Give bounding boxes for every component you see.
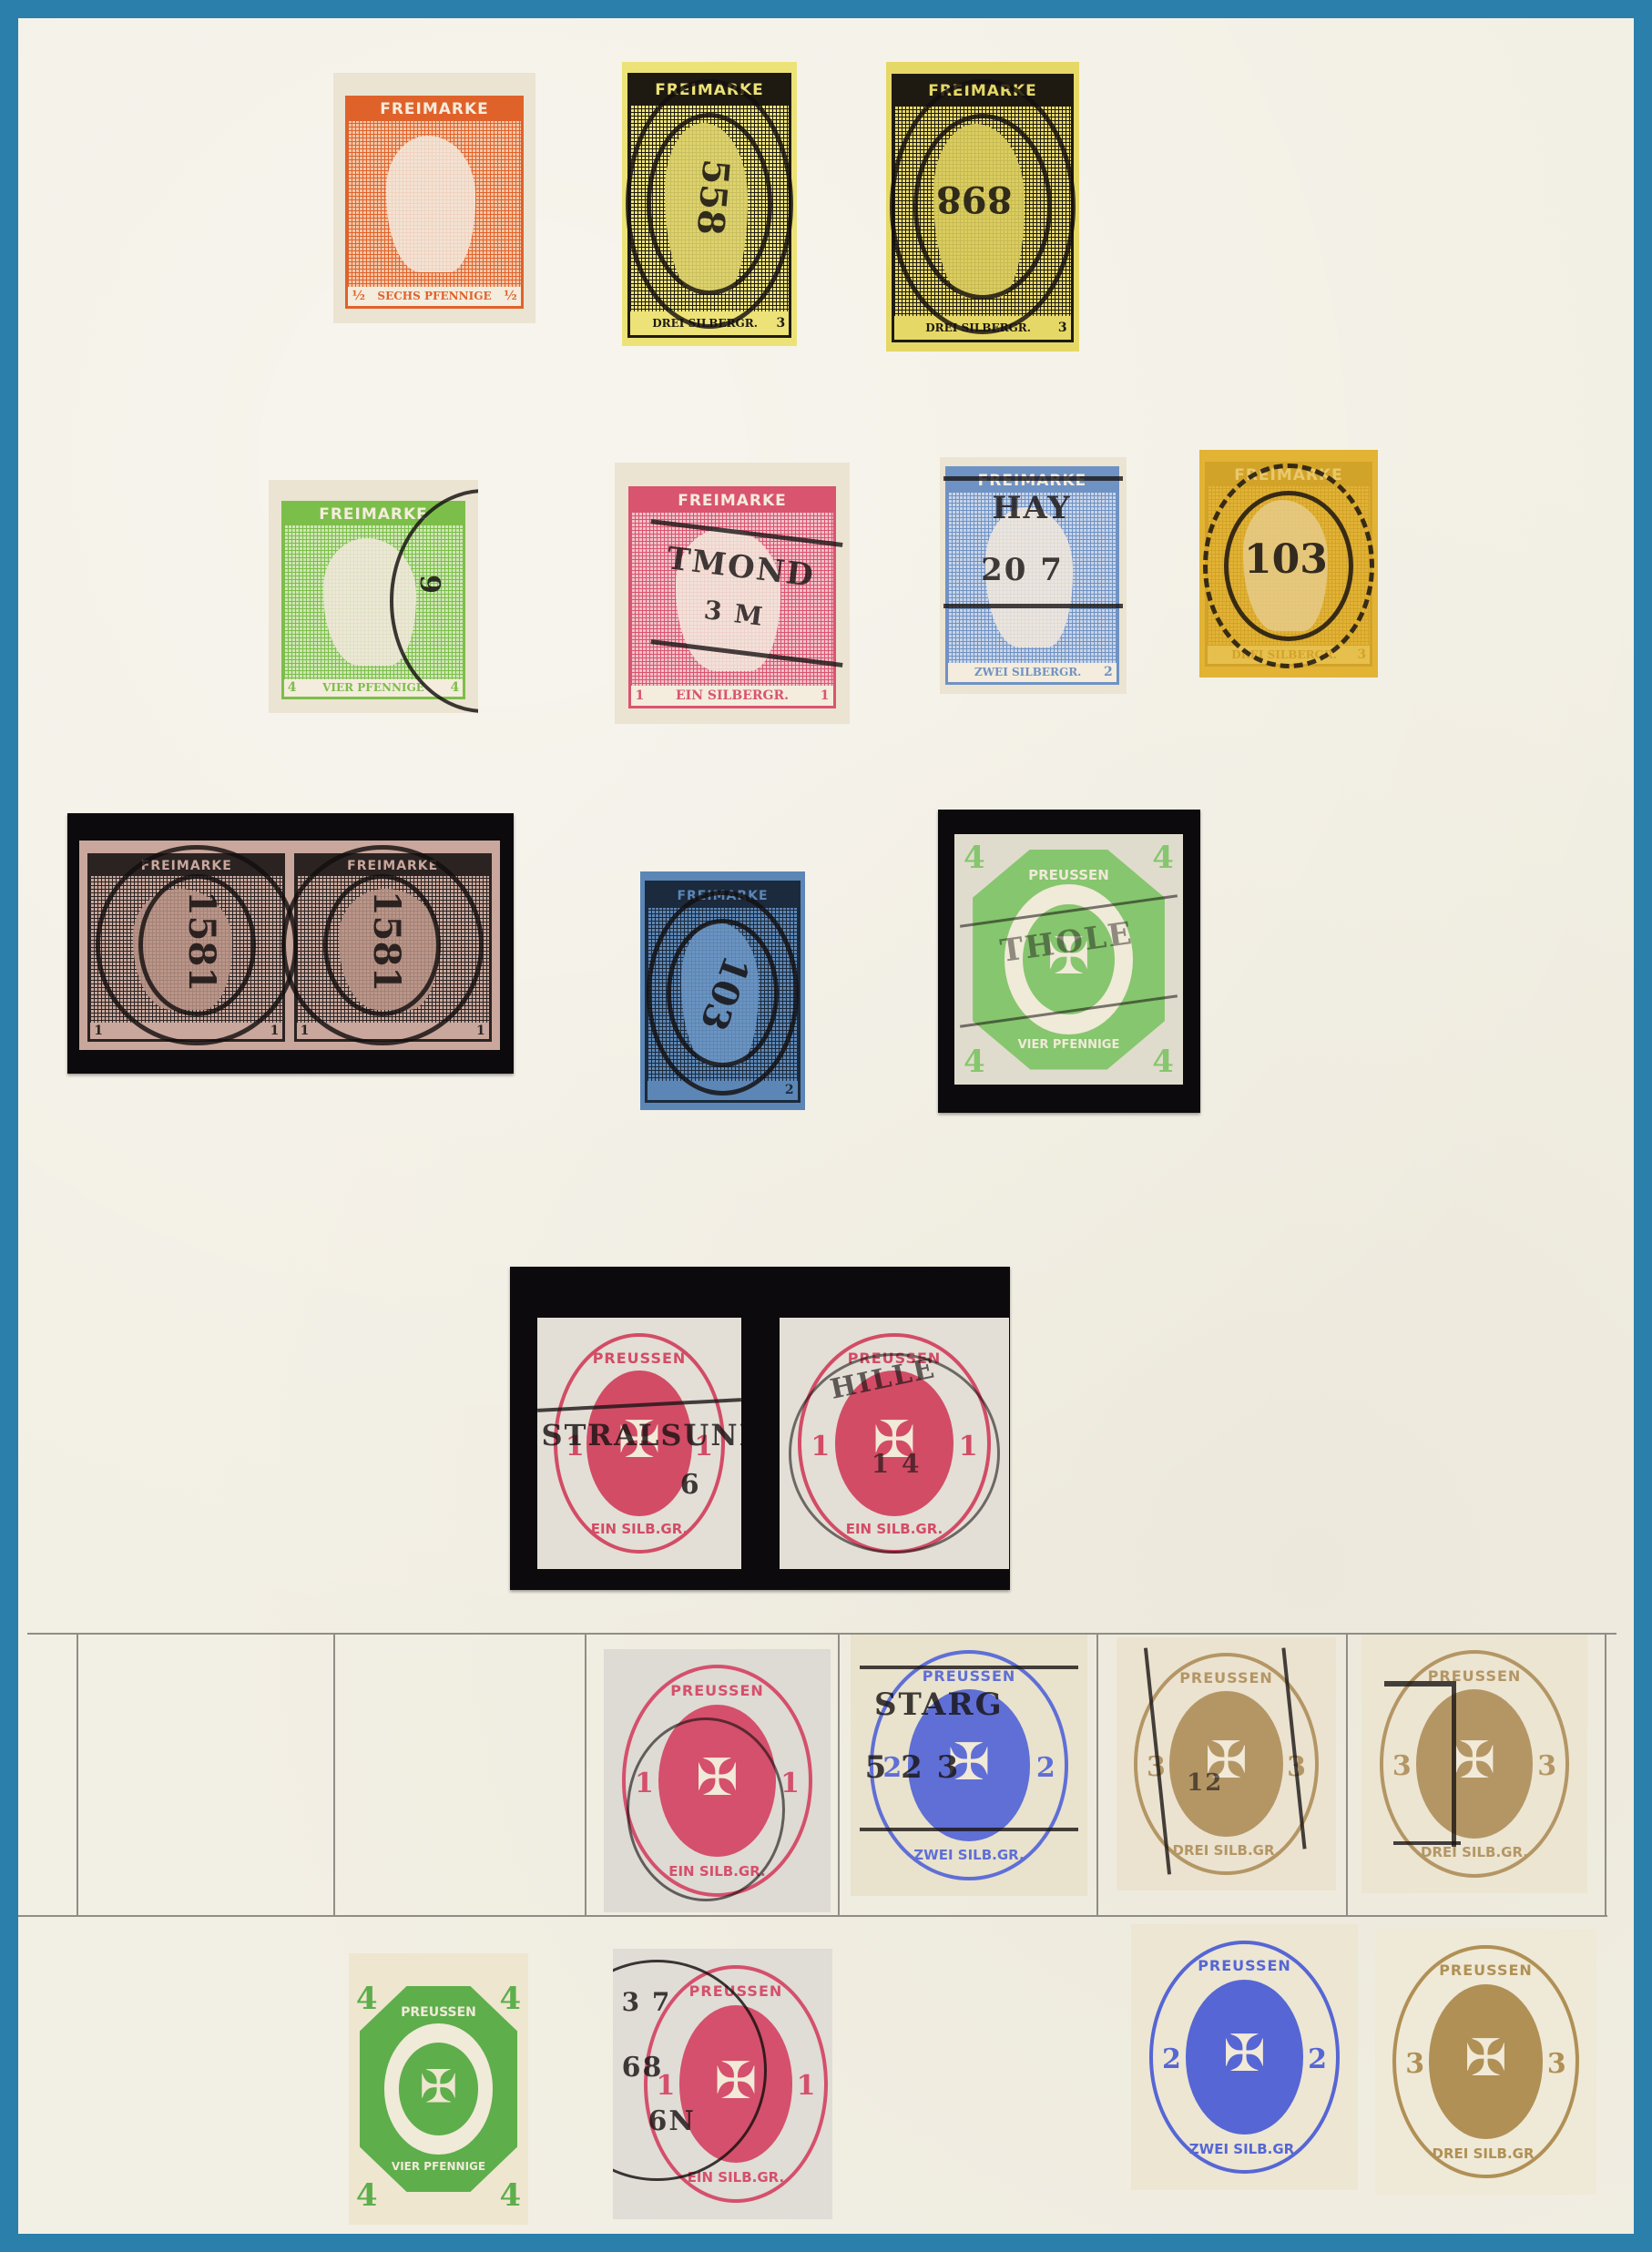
oval-frame: ✠ PREUSSEN 1 1 EIN SILB.GR. [798,1333,991,1554]
stamp-header: FREIMARKE [928,82,1037,100]
stamp-frame: FREIMARKE DREI SILBERGR. 3 [892,74,1073,343]
stamp-header: FREIMARKE [1234,466,1343,484]
stamp-header: PREUSSEN [648,1982,824,2000]
value-right: 1 [694,1431,713,1462]
oval-frame: ✠ PREUSSEN 2 2 ZWEI SILB.GR. [870,1650,1068,1880]
value-text: EIN SILB.GR. [557,1521,721,1537]
value-right: 1 [959,1431,978,1462]
stamp-header: FREIMARKE [978,472,1087,490]
grid-line [1346,1635,1348,1917]
stamp-frame: FREIMARKE 1 EIN SILBERGR. 1 [628,486,835,708]
value-right: 2 [785,1083,794,1097]
stamp-1-sgr-oval-left[interactable]: ✠ PREUSSEN 1 1 EIN SILB.GR. STRALSUND 6 [537,1318,741,1569]
value-right: 2 [1104,665,1113,679]
grid-line [838,1635,840,1917]
eagle-icon: ✠ [873,1415,916,1466]
value-left: 3 [1392,1750,1412,1782]
stamp-frame: FREIMARKE DREI SILBERGR. 3 [1205,462,1372,667]
grid-line [585,1635,586,1917]
grid-line [333,1635,335,1917]
value-left: 1 [635,1768,654,1799]
stamp-frame-right: FREIMARKE 1 1 [294,853,492,1042]
value-text: EIN SILB.GR. [626,1863,809,1880]
value-text: DREI SILBERGR. [1231,648,1337,661]
stamp-1-sgr-pair[interactable]: FREIMARKE 1 1 FREIMARKE 1 1 1581 1581 [79,841,500,1050]
portrait-icon [681,922,759,1065]
value-text: ZWEI SILBERGR. [974,666,1082,678]
portrait-icon [1243,500,1328,632]
eagle-icon: ✠ [1223,2029,1266,2080]
stamp-3-sgr-oval-brown[interactable]: ✠ PREUSSEN 3 3 DREI SILB.GR. 12 [1117,1637,1336,1890]
stamp-1-sgr-oval-right[interactable]: ✠ PREUSSEN 1 1 EIN SILB.GR. HILLE 1 4 [780,1318,1009,1569]
stamp-frame-left: FREIMARKE 1 1 [87,853,285,1042]
stamp-3-sgr-yellow[interactable]: FREIMARKE DREI SILBERGR. 3 558 [622,62,797,346]
grid-line-bottom [18,1915,1607,1917]
value-text: VIER PFENNIGE [322,681,424,694]
portrait-icon [676,528,780,671]
value-left: 1 [94,1024,103,1038]
eagle-icon: ✠ [1205,1736,1248,1787]
portrait-icon [323,538,416,666]
portrait-icon [386,136,475,272]
stamp-4-pf-green[interactable]: FREIMARKE 4 VIER PFENNIGE 4 9 [269,480,478,713]
value-right: 3 [1357,647,1366,662]
value-right: ½ [504,289,517,303]
value-right: 3 [1287,1751,1306,1783]
stamp-frame: FREIMARKE ½ SECHS PFENNIGE ½ [345,96,523,309]
stamp-header: FREIMARKE [677,889,768,903]
stamp-frame: FREIMARKE DREI SILBERGR. 3 [627,73,792,337]
value-left: 3 [1405,2048,1424,2080]
value-right: 3 [1058,321,1067,335]
value-left: 2 [882,1752,902,1784]
stamp-frame: FREIMARKE 4 VIER PFENNIGE 4 [281,501,465,699]
value-text: ZWEI SILB.GR. [873,1847,1065,1863]
stamp-2-sgr-blue[interactable]: FREIMARKE ZWEI SILBERGR. 2 HAY 20 7 [940,457,1127,694]
portrait-icon [339,889,439,1010]
value-right: 1 [476,1024,485,1038]
stamp-half-sgr-orange[interactable]: FREIMARKE ½ SECHS PFENNIGE ½ [333,73,535,323]
value-right: 3 [1547,2048,1566,2080]
stamp-header: PREUSSEN [626,1682,809,1699]
stamp-3-sgr-orange-yellow[interactable]: FREIMARKE DREI SILBERGR. 3 103 [1199,450,1378,678]
stamp-header: FREIMARKE [678,492,787,510]
value-right: 1 [797,2070,816,2102]
stamp-2-sgr-oval-blue[interactable]: ✠ PREUSSEN 2 2 ZWEI SILB.GR. STARG 5 2 3 [851,1635,1087,1896]
stamp-frame: FREIMARKE 2 [645,881,800,1103]
eagle-icon: ✠ [420,2064,458,2110]
value-text: DREI SILBERGR. [652,317,758,330]
eagle-icon: ✠ [1464,2033,1507,2084]
stamp-4-pf-green-octagon[interactable]: 4 4 4 4 PREUSSEN VIER PFENNIGE ✠ THOLE [954,834,1183,1085]
stamp-header: PREUSSEN [801,1350,987,1367]
oval-frame: ✠ PREUSSEN 3 3 DREI SILB.GR. [1380,1650,1569,1878]
value-right: 3 [776,316,785,331]
stamp-header: FREIMARKE [141,859,232,873]
value-right: 1 [270,1024,280,1038]
stamp-header: PREUSSEN [557,1350,721,1367]
value-text: DREI SILB.GR. [1137,1842,1314,1859]
value-right: 1 [821,688,830,703]
stamp-2-sgr-oval-blue-unused[interactable]: ✠ PREUSSEN 2 2 ZWEI SILB.GR. [1131,1924,1358,2190]
value-text: EIN SILB.GR. [648,2169,824,2186]
stamp-4-pf-octagon-green[interactable]: 4 4 4 4 PREUSSEN VIER PFENNIGE ✠ [349,1953,528,2225]
value-text: DREI SILBERGR. [925,321,1031,334]
eagle-icon: ✠ [948,1737,991,1788]
value-right: 1 [780,1768,800,1799]
stamp-header: FREIMARKE [319,505,428,524]
stamp-header: PREUSSEN [1153,1957,1336,1974]
eagle-icon: ✠ [714,2056,757,2107]
stamp-1-sgr-oval-rose[interactable]: ✠ PREUSSEN 1 1 EIN SILB.GR. [604,1649,831,1912]
value-text: EIN SILBERGR. [676,688,789,703]
value-left: 3 [1147,1751,1166,1783]
stamp-3-sgr-yellow-2[interactable]: FREIMARKE DREI SILBERGR. 3 898 [886,62,1079,352]
value-left: ½ [352,289,365,303]
value-left: 1 [566,1431,585,1462]
portrait-icon [933,124,1025,298]
stamp-header: FREIMARKE [655,81,764,99]
stamp-header: FREIMARKE [347,859,438,873]
oval-frame: ✠ PREUSSEN 3 3 DREI SILB.GR. [1392,1945,1578,2179]
value-text: DREI SILB.GR. [1396,2145,1575,2162]
stamp-1-sgr-oval-rose-2[interactable]: ✠ PREUSSEN 1 1 EIN SILB.GR. 3 7 68 6N [613,1949,832,2219]
stamp-header: PREUSSEN [1396,1962,1575,1979]
value-left: 1 [301,1024,310,1038]
value-right: 3 [1537,1750,1556,1782]
value-right: 4 [450,680,459,695]
eagle-icon: ✠ [696,1753,739,1804]
oval-frame: ✠ PREUSSEN 1 1 EIN SILB.GR. [554,1333,725,1554]
eagle-icon: ✠ [1047,932,1090,983]
value-text: DREI SILB.GR. [1383,1844,1565,1860]
stamp-header: FREIMARKE [380,100,489,118]
portrait-icon [133,889,233,1010]
value-text: SECHS PFENNIGE [377,290,491,302]
portrait-icon [985,507,1073,647]
stamp-3-sgr-oval-brown-2[interactable]: ✠ PREUSSEN 3 3 DREI SILB.GR. [1361,1635,1587,1893]
oval-frame: ✠ PREUSSEN 3 3 DREI SILB.GR. [1134,1653,1318,1876]
value-left: 4 [288,680,297,695]
stamp-frame: FREIMARKE ZWEI SILBERGR. 2 [945,466,1119,684]
stamp-header: PREUSSEN [873,1667,1065,1685]
stamp-header: PREUSSEN [1383,1667,1565,1685]
eagle-icon: ✠ [618,1415,661,1466]
eagle-icon: ✠ [1453,1736,1496,1787]
stamp-header: PREUSSEN [1137,1669,1314,1686]
value-left: 2 [1162,2043,1181,2075]
stamp-2-sgr-dark-blue[interactable]: FREIMARKE 2 103 [640,871,805,1110]
oval-frame: ✠ PREUSSEN 2 2 ZWEI SILB.GR. [1149,1941,1340,2175]
album-page: FREIMARKE ½ SECHS PFENNIGE ½ FREIMARKE D… [18,18,1634,2234]
portrait-icon [665,123,748,294]
value-left: 1 [811,1431,830,1462]
oval-frame: ✠ PREUSSEN 1 1 EIN SILB.GR. [622,1665,812,1896]
value-right: 2 [1036,1752,1055,1784]
stamp-1-sgr-rose[interactable]: FREIMARKE 1 EIN SILBERGR. 1 TMOND 3 M [615,463,850,724]
grid-line [76,1635,78,1917]
value-text: ZWEI SILB.GR. [1153,2141,1336,2157]
grid-line [1605,1633,1606,1915]
value-left: 1 [656,2070,675,2102]
stamp-3-sgr-oval-brown-unused[interactable]: ✠ PREUSSEN 3 3 DREI SILB.GR. [1375,1929,1596,2195]
value-right: 2 [1308,2043,1327,2075]
grid-line [1096,1635,1098,1917]
value-left: 1 [635,688,644,703]
oval-frame: ✠ PREUSSEN 1 1 EIN SILB.GR. [644,1965,828,2203]
value-text: EIN SILB.GR. [801,1521,987,1537]
